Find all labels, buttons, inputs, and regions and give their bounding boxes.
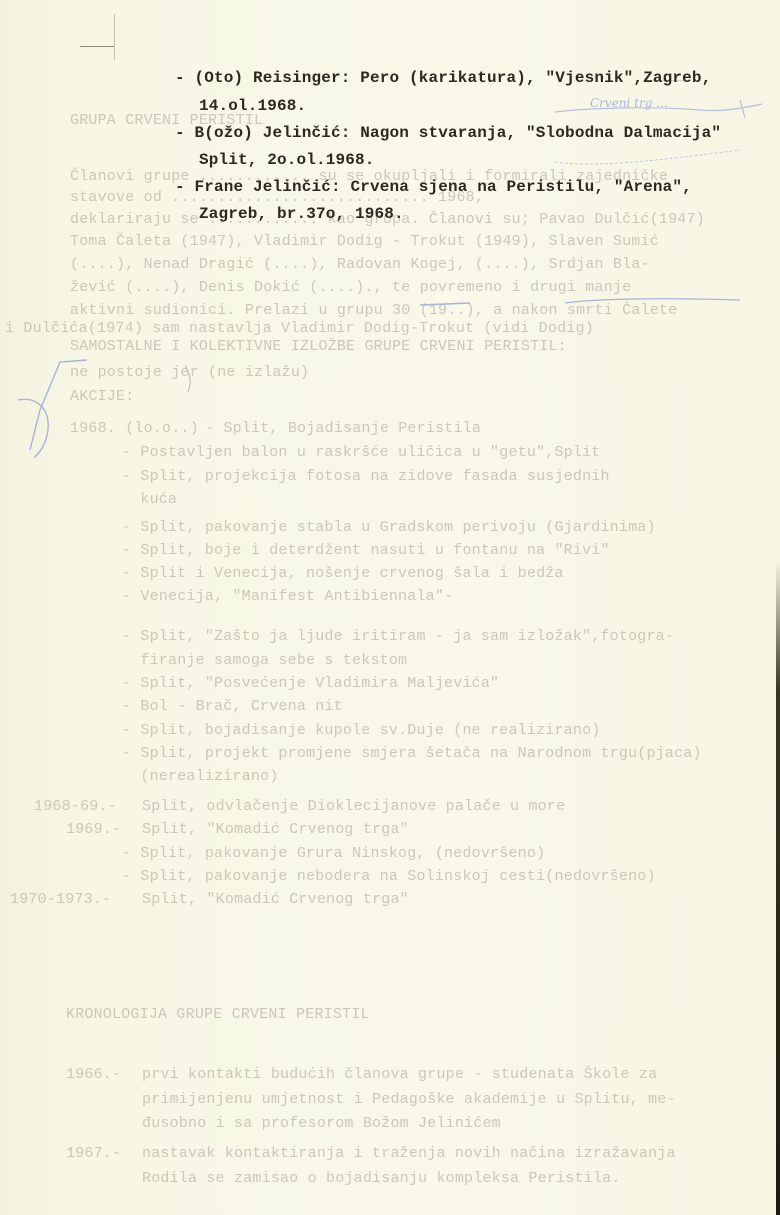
entry-3-line-1: - Frane Jelinčić: Crvena sjena na Perist… xyxy=(175,177,692,197)
entry-1-line-1: - (Oto) Reisinger: Pero (karikatura), "V… xyxy=(175,68,711,88)
bibliography-entries: - (Oto) Reisinger: Pero (karikatura), "V… xyxy=(0,0,780,1215)
entry-2-line-2: Split, 2o.ol.1968. xyxy=(199,150,375,170)
entry-3-line-2: Zagreb, br.37o, 1968. xyxy=(199,204,404,224)
entry-1-line-2: 14.ol.1968. xyxy=(199,96,306,116)
document-page: GRUPA CRVENI PERISTIL Članovi grupe ....… xyxy=(0,0,780,1215)
entry-2-line-1: - B(ožo) Jelinčić: Nagon stvaranja, "Slo… xyxy=(175,123,721,143)
